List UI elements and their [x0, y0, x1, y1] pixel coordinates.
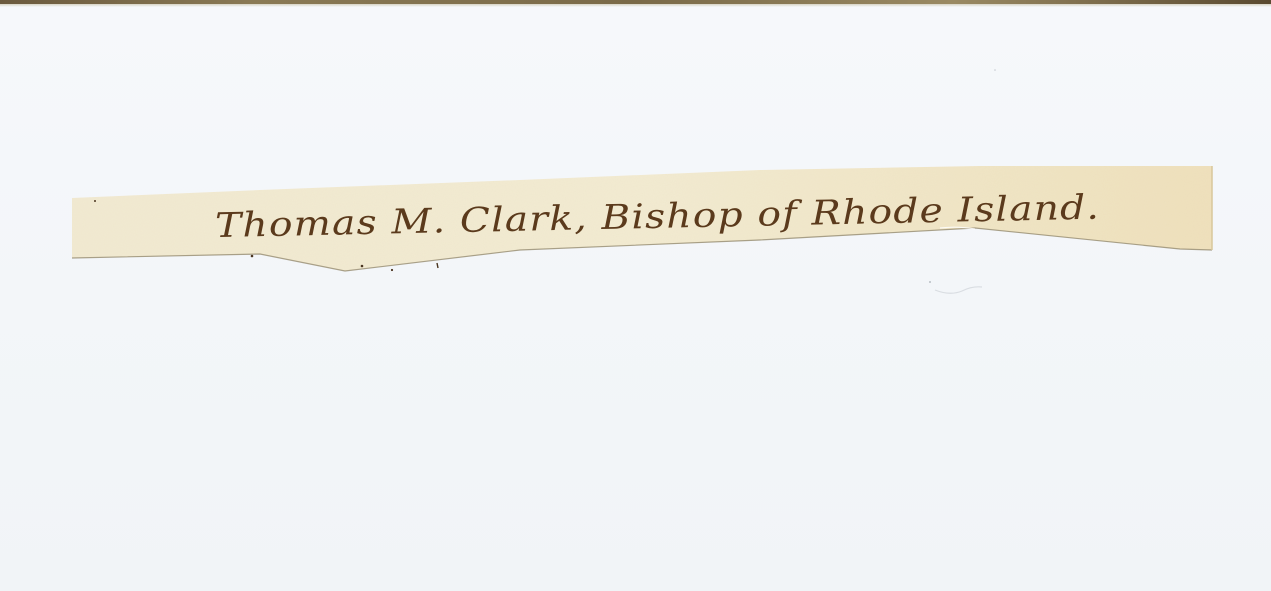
ink-speck — [94, 200, 96, 202]
ink-speck — [251, 255, 254, 258]
dust-speck — [929, 281, 931, 283]
ink-speck — [361, 265, 364, 268]
dust-speck — [994, 69, 996, 71]
scanned-autograph: Thomas M. Clark, Bishop of Rhode Island. — [0, 0, 1271, 591]
ink-speck — [391, 269, 393, 271]
ink-speck — [437, 263, 438, 268]
paper-strip: Thomas M. Clark, Bishop of Rhode Island. — [0, 0, 1271, 591]
dust-mark — [935, 287, 982, 293]
